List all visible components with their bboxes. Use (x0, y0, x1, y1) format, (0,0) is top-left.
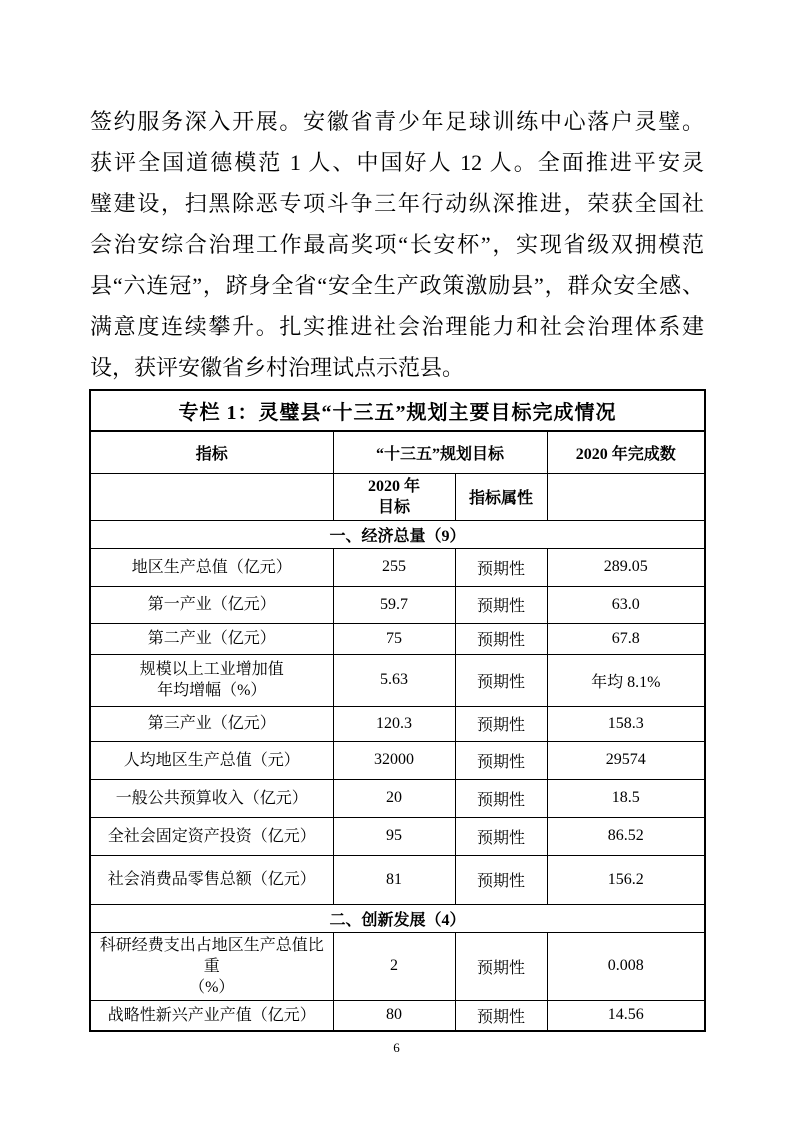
target-value-cell: 59.7 (333, 586, 455, 623)
indicator-cell: 第一产业（亿元） (90, 586, 333, 623)
table-row: 第一产业（亿元）59.7预期性63.0 (90, 586, 705, 623)
attribute-cell: 预期性 (455, 706, 547, 741)
plan-completion-table: 专栏 1：灵璧县“十三五”规划主要目标完成情况 指标 “十三五”规划目标 202… (89, 389, 706, 1032)
table-row: 第三产业（亿元）120.3预期性158.3 (90, 706, 705, 741)
table-row: 人均地区生产总值（元）32000预期性29574 (90, 741, 705, 779)
page-number: 6 (0, 1040, 793, 1056)
attribute-cell: 预期性 (455, 817, 547, 855)
table-row: 第二产业（亿元）75预期性67.8 (90, 623, 705, 654)
attribute-cell: 预期性 (455, 932, 547, 1000)
target-value-cell: 80 (333, 1000, 455, 1031)
indicator-cell: 第二产业（亿元） (90, 623, 333, 654)
target-value-cell: 95 (333, 817, 455, 855)
section-header-row: 一、经济总量（9） (90, 520, 705, 548)
table-row: 科研经费支出占地区生产总值比重 （%）2预期性0.008 (90, 932, 705, 1000)
section-header-row: 二、创新发展（4） (90, 904, 705, 932)
section-header-label: 二、创新发展（4） (90, 904, 705, 932)
indicator-cell: 地区生产总值（亿元） (90, 548, 333, 586)
paragraph-line: 获评全国道德模范 1 人、中国好人 12 人。全面推进平安灵 (90, 142, 704, 183)
completed-value-cell: 0.008 (547, 932, 705, 1000)
target-value-cell: 2 (333, 932, 455, 1000)
table-title-row: 专栏 1：灵璧县“十三五”规划主要目标完成情况 (90, 390, 705, 431)
attribute-cell: 预期性 (455, 586, 547, 623)
indicator-cell: 社会消费品零售总额（亿元） (90, 855, 333, 904)
paragraph-line: 会治安综合治理工作最高奖项“长安杯”，实现省级双拥模范 (90, 224, 704, 265)
completed-value-cell: 289.05 (547, 548, 705, 586)
subheader-empty-left (90, 473, 333, 520)
completed-value-cell: 18.5 (547, 779, 705, 817)
indicator-cell: 科研经费支出占地区生产总值比重 （%） (90, 932, 333, 1000)
document-page: 签约服务深入开展。安徽省青少年足球训练中心落户灵璧。获评全国道德模范 1 人、中… (0, 0, 793, 1122)
completed-value-cell: 年均 8.1% (547, 654, 705, 706)
attribute-cell: 预期性 (455, 741, 547, 779)
subheader-empty-right (547, 473, 705, 520)
completed-value-cell: 158.3 (547, 706, 705, 741)
completed-value-cell: 67.8 (547, 623, 705, 654)
target-value-cell: 255 (333, 548, 455, 586)
completed-value-cell: 14.56 (547, 1000, 705, 1031)
col-header-completed-2020: 2020 年完成数 (547, 431, 705, 473)
indicator-cell: 战略性新兴产业产值（亿元） (90, 1000, 333, 1031)
indicator-cell: 第三产业（亿元） (90, 706, 333, 741)
attribute-cell: 预期性 (455, 623, 547, 654)
table-row: 全社会固定资产投资（亿元）95预期性86.52 (90, 817, 705, 855)
attribute-cell: 预期性 (455, 654, 547, 706)
target-value-cell: 81 (333, 855, 455, 904)
target-value-cell: 32000 (333, 741, 455, 779)
paragraph-line: 满意度连续攀升。扎实推进社会治理能力和社会治理体系建 (90, 306, 704, 347)
section-header-label: 一、经济总量（9） (90, 520, 705, 548)
attribute-cell: 预期性 (455, 855, 547, 904)
col-subheader-target-2020: 2020 年 目标 (333, 473, 455, 520)
table-row: 社会消费品零售总额（亿元）81预期性156.2 (90, 855, 705, 904)
paragraph-line: 县“六连冠”，跻身全省“安全生产政策激励县”，群众安全感、 (90, 265, 704, 306)
table-row: 规模以上工业增加值 年均增幅（%）5.63预期性年均 8.1% (90, 654, 705, 706)
target-value-cell: 75 (333, 623, 455, 654)
target-value-cell: 5.63 (333, 654, 455, 706)
table-row: 一般公共预算收入（亿元）20预期性18.5 (90, 779, 705, 817)
table-title: 专栏 1：灵璧县“十三五”规划主要目标完成情况 (90, 390, 705, 431)
indicator-cell: 规模以上工业增加值 年均增幅（%） (90, 654, 333, 706)
indicator-cell: 全社会固定资产投资（亿元） (90, 817, 333, 855)
paragraph-line: 设，获评安徽省乡村治理试点示范县。 (90, 347, 704, 388)
completed-value-cell: 63.0 (547, 586, 705, 623)
table-subheader-row: 2020 年 目标 指标属性 (90, 473, 705, 520)
paragraph-line: 签约服务深入开展。安徽省青少年足球训练中心落户灵璧。 (90, 101, 704, 142)
attribute-cell: 预期性 (455, 548, 547, 586)
attribute-cell: 预期性 (455, 779, 547, 817)
col-subheader-attribute: 指标属性 (455, 473, 547, 520)
attribute-cell: 预期性 (455, 1000, 547, 1031)
target-value-cell: 20 (333, 779, 455, 817)
completed-value-cell: 29574 (547, 741, 705, 779)
col-header-plan-target: “十三五”规划目标 (333, 431, 547, 473)
completed-value-cell: 86.52 (547, 817, 705, 855)
completed-value-cell: 156.2 (547, 855, 705, 904)
indicator-cell: 人均地区生产总值（元） (90, 741, 333, 779)
table-row: 地区生产总值（亿元）255预期性289.05 (90, 548, 705, 586)
paragraph-line: 璧建设，扫黑除恶专项斗争三年行动纵深推进，荣获全国社 (90, 183, 704, 224)
table-row: 战略性新兴产业产值（亿元）80预期性14.56 (90, 1000, 705, 1031)
table-header-row: 指标 “十三五”规划目标 2020 年完成数 (90, 431, 705, 473)
indicator-cell: 一般公共预算收入（亿元） (90, 779, 333, 817)
col-header-indicator: 指标 (90, 431, 333, 473)
body-paragraph: 签约服务深入开展。安徽省青少年足球训练中心落户灵璧。获评全国道德模范 1 人、中… (90, 101, 704, 388)
target-value-cell: 120.3 (333, 706, 455, 741)
